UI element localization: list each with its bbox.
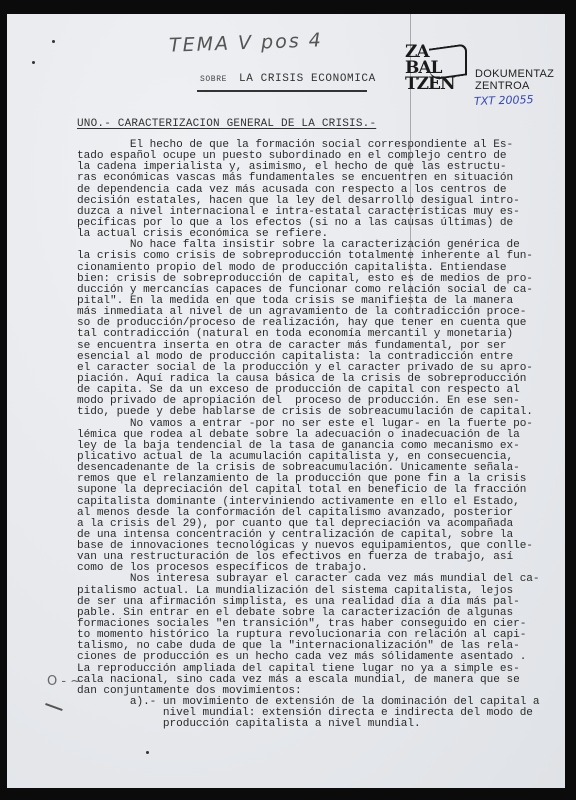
document-subtitle: SOBRELA CRISIS ECONOMICA [200, 73, 376, 85]
text-line: No vamos a entrar -por no ser este el lu… [77, 419, 557, 430]
scanned-page: TEMA V pos 4 SOBRELA CRISIS ECONOMICA ZA… [7, 14, 565, 788]
text-line: capitalista dominante (interviniendo act… [77, 497, 557, 508]
archive-code: TXT 20055 [474, 93, 534, 108]
text-line: la crisis como crisis de sobreproducción… [77, 251, 557, 262]
text-line: ras económicas vascas más fundamentales … [77, 173, 557, 184]
ink-speck [52, 40, 55, 43]
ink-speck [146, 751, 149, 754]
text-line: supone la depreciación del capital total… [77, 485, 557, 496]
archive-name-line2: ZENTROA [475, 80, 554, 92]
text-line: producción capitalista a nivel mundial. [77, 719, 557, 730]
margin-slash-mark [45, 703, 62, 711]
text-line: ciones de producción es un hecho cada ve… [77, 652, 557, 663]
text-line: se encuentra inserta en otra de caracter… [77, 341, 557, 352]
text-line: tal contradicción (natural en toda econo… [77, 329, 557, 340]
body-text: El hecho de que la formación social corr… [77, 140, 557, 730]
subtitle-text: LA CRISIS ECONOMICA [239, 73, 376, 85]
ink-speck [32, 61, 35, 64]
subtitle-underline [197, 90, 367, 92]
margin-annotation: O - ~ [47, 674, 81, 689]
archive-name: DOKUMENTAZ ZENTROA [475, 68, 554, 92]
archive-name-line1: DOKUMENTAZ [475, 68, 554, 80]
text-line: tido, puede y debe hablarse de crisis de… [77, 407, 557, 418]
subtitle-prefix: SOBRE [200, 75, 227, 84]
zabaltzen-logo: ZA BAL TZEN [405, 44, 455, 92]
logo-line: TZEN [405, 76, 455, 92]
text-line: Nos interesa subrayar el caracter cada v… [77, 574, 557, 585]
section-heading: UNO.- CARACTERIZACION GENERAL DE LA CRIS… [77, 118, 376, 130]
handwritten-title: TEMA V pos 4 [169, 29, 323, 56]
